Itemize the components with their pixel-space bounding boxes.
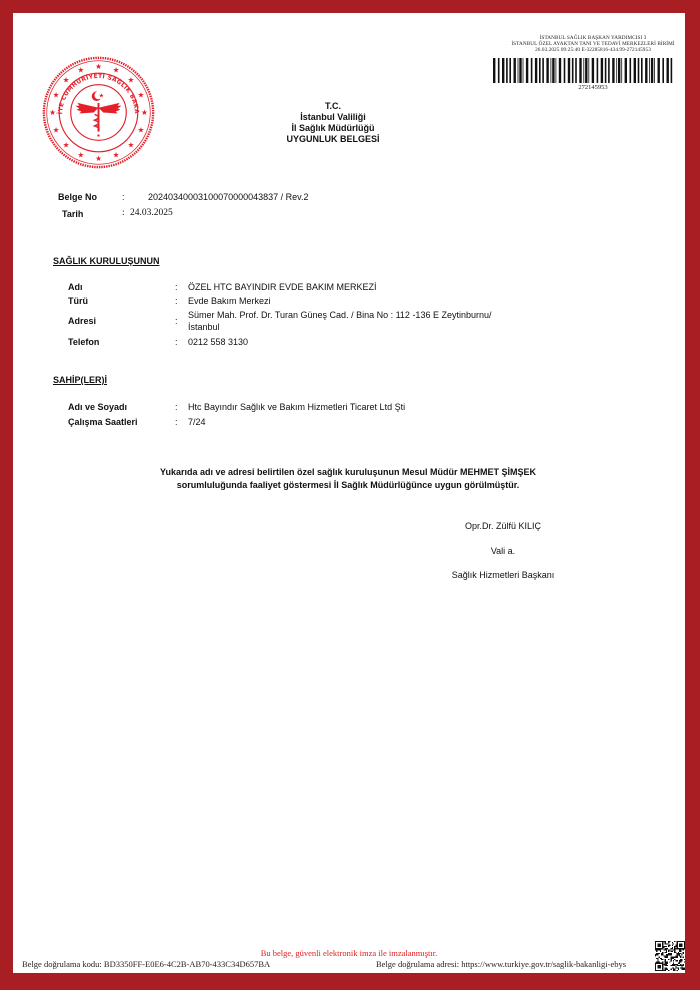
svg-text:★: ★ (95, 62, 102, 71)
svg-text:★: ★ (63, 140, 70, 149)
approval-statement: Yukarıda adı ve adresi belirtilen özel s… (73, 466, 623, 492)
svg-text:★: ★ (95, 154, 102, 163)
field-label: Adresi (68, 316, 96, 327)
document-page: ★★★★★★★★★★★★★★★★ TÜRKİYE CUMHURİYETİ SAĞ… (13, 13, 685, 973)
barcode-icon (493, 58, 673, 83)
field-label: Türü (68, 296, 88, 307)
svg-text:★: ★ (113, 65, 120, 74)
svg-text:★: ★ (77, 65, 84, 74)
e-signature-note: Bu belge, güvenli elektronik imza ile im… (13, 948, 685, 958)
svg-text:★: ★ (138, 90, 145, 99)
barcode-header-text: İSTANBUL SAĞLIK BAŞKAN YARDIMCISI 3 İSTA… (483, 35, 700, 53)
tarih-label: Tarih (62, 209, 83, 219)
svg-text:★: ★ (113, 150, 120, 159)
field-separator: : (175, 417, 178, 428)
field-separator: : (175, 337, 178, 348)
field-label: Adı (68, 282, 83, 293)
belge-no-label: Belge No (58, 192, 97, 202)
field-label: Telefon (68, 337, 99, 348)
signer-name: Opr.Dr. Zülfü KILIÇ (413, 521, 593, 531)
statement-line-1: Yukarıda adı ve adresi belirtilen özel s… (73, 466, 623, 479)
field-label: Çalışma Saatleri (68, 417, 138, 428)
ministry-of-health-logo-icon: ★★★★★★★★★★★★★★★★ TÜRKİYE CUMHURİYETİ SAĞ… (41, 55, 156, 170)
qr-code-icon (655, 941, 685, 971)
field-label: Adı ve Soyadı (68, 402, 127, 413)
title-tc: T.C. (213, 101, 453, 112)
field-value: ÖZEL HTC BAYINDIR EVDE BAKIM MERKEZİ (188, 282, 588, 293)
field-separator: : (175, 296, 178, 307)
field-separator: : (175, 316, 178, 327)
document-title: T.C. İstanbul Valiliği İl Sağlık Müdürlü… (213, 101, 453, 145)
address-line-2: İstanbul (188, 322, 220, 333)
verification-code: Belge doğrulama kodu: BD3350FF-E0E6-4C2B… (22, 959, 270, 969)
svg-text:★: ★ (53, 90, 60, 99)
tarih-value: 24.03.2025 (130, 208, 173, 218)
field-value: Evde Bakım Merkezi (188, 296, 588, 307)
section-title-institution: SAĞLIK KURULUŞUNUN (53, 256, 160, 266)
field-separator: : (175, 282, 178, 293)
title-valilik: İstanbul Valiliği (213, 112, 453, 123)
belge-no-value: 20240340003100070000043837 / Rev.2 (148, 192, 308, 202)
title-mudurluk: İl Sağlık Müdürlüğü (213, 123, 453, 134)
svg-text:★: ★ (141, 108, 148, 117)
statement-line-2: sorumluluğunda faaliyet göstermesi İl Sa… (73, 479, 623, 492)
section-title-owners: SAHİP(LER)İ (53, 375, 107, 385)
field-value: 0212 558 3130 (188, 337, 588, 348)
address-line-1: Sümer Mah. Prof. Dr. Turan Güneş Cad. / … (188, 310, 491, 321)
field-separator: : (175, 402, 178, 413)
svg-text:★: ★ (128, 140, 135, 149)
svg-text:★: ★ (138, 126, 145, 135)
verification-address[interactable]: Belge doğrulama adresi: https://www.turk… (376, 959, 626, 969)
title-belge-type: UYGUNLUK BELGESİ (213, 134, 453, 145)
signer-on-behalf: Vali a. (413, 546, 593, 556)
svg-text:★: ★ (77, 150, 84, 159)
belge-no-separator: : (122, 192, 125, 202)
barcode-number: 272145953 (483, 84, 700, 91)
signer-title: Sağlık Hizmetleri Başkanı (413, 570, 593, 580)
svg-text:★: ★ (63, 75, 70, 84)
tarih-separator: : (122, 208, 125, 218)
svg-text:★: ★ (49, 108, 56, 117)
svg-text:★: ★ (53, 126, 60, 135)
field-value: 7/24 (188, 417, 588, 428)
svg-text:★: ★ (128, 75, 135, 84)
field-value: Htc Bayındır Sağlık ve Bakım Hizmetleri … (188, 402, 588, 413)
barcode-line-3: 26.03.2025 09:25:40 E-32285816-434.99-27… (483, 47, 700, 53)
